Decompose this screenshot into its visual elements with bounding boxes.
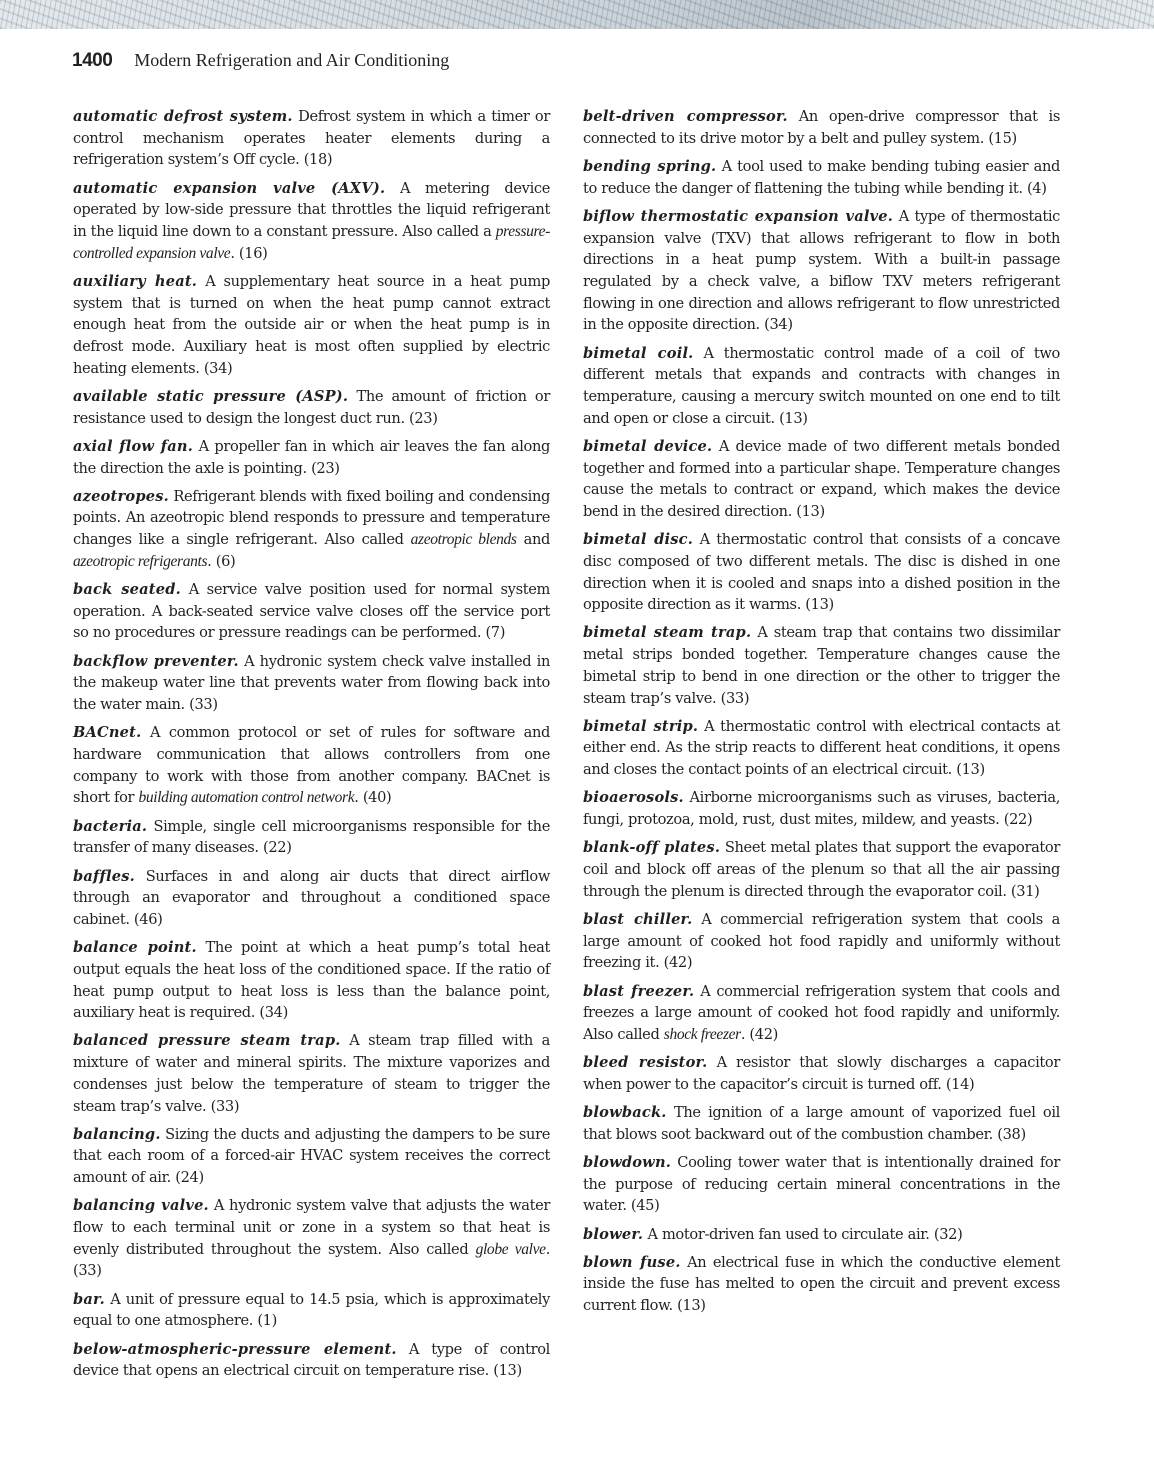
glossary-term: bimetal disc. xyxy=(583,531,693,548)
glossary-term: blowdown. xyxy=(583,1154,671,1171)
glossary-entry: blowback. The ignition of a large amount… xyxy=(583,1102,1060,1145)
glossary-alt-term: shock freezer xyxy=(664,1026,741,1043)
glossary-term: balancing valve. xyxy=(73,1197,209,1214)
glossary-term: balance point. xyxy=(73,939,197,956)
glossary-term: automatic defrost system. xyxy=(73,108,293,125)
glossary-term: automatic expansion valve (AXV). xyxy=(73,180,385,197)
glossary-entry: available static pressure (ASP). The amo… xyxy=(73,386,550,429)
glossary-term: bimetal coil. xyxy=(583,345,693,362)
glossary-chapter-ref: (13) xyxy=(493,1362,522,1379)
glossary-entry: axial flow fan. A propeller fan in which… xyxy=(73,436,550,479)
decorative-header-banner xyxy=(0,0,1154,29)
glossary-chapter-ref: (15) xyxy=(988,130,1017,147)
glossary-term: bleed resistor. xyxy=(583,1054,707,1071)
glossary-entry: balancing valve. A hydronic system valve… xyxy=(73,1195,550,1282)
glossary-term: axial flow fan. xyxy=(73,438,193,455)
glossary-term: auxiliary heat. xyxy=(73,273,197,290)
glossary-alt-term: azeotropic blends xyxy=(411,531,517,548)
glossary-entry: biflow thermostatic expansion valve. A t… xyxy=(583,206,1060,336)
glossary-chapter-ref: (34) xyxy=(204,360,233,377)
glossary-definition: A type of thermostatic expansion valve (… xyxy=(583,208,1060,334)
glossary-chapter-ref: . (40) xyxy=(354,789,391,806)
glossary-chapter-ref: . (6) xyxy=(207,553,235,570)
glossary-alt-term: azeotropic refrigerants xyxy=(73,553,207,570)
glossary-term: balancing. xyxy=(73,1126,161,1143)
glossary-entry: bar. A unit of pressure equal to 14.5 ps… xyxy=(73,1289,550,1332)
glossary-entry: blown fuse. An electrical fuse in which … xyxy=(583,1252,1060,1317)
glossary-term: blank-off plates. xyxy=(583,839,720,856)
glossary-term: bimetal steam trap. xyxy=(583,624,751,641)
glossary-entry: bimetal coil. A thermostatic control mad… xyxy=(583,343,1060,430)
glossary-chapter-ref: (4) xyxy=(1027,180,1047,197)
page-number: 1400 xyxy=(72,50,112,72)
glossary-chapter-ref: (13) xyxy=(779,410,808,427)
glossary-chapter-ref: (13) xyxy=(677,1297,706,1314)
glossary-chapter-ref: (14) xyxy=(946,1076,975,1093)
glossary-alt-connector: and xyxy=(517,531,550,548)
glossary-chapter-ref: (32) xyxy=(934,1226,963,1243)
glossary-definition: A unit of pressure equal to 14.5 psia, w… xyxy=(73,1291,550,1330)
glossary-entry: bimetal device. A device made of two dif… xyxy=(583,436,1060,523)
glossary-chapter-ref: (33) xyxy=(189,696,218,713)
glossary-entry: backflow preventer. A hydronic system ch… xyxy=(73,651,550,716)
book-title: Modern Refrigeration and Air Conditionin… xyxy=(134,50,449,71)
glossary-entry: bimetal steam trap. A steam trap that co… xyxy=(583,622,1060,709)
glossary-entry: back seated. A service valve position us… xyxy=(73,579,550,644)
glossary-entry: azeotropes. Refrigerant blends with fixe… xyxy=(73,486,550,573)
glossary-term: azeotropes. xyxy=(73,488,169,505)
glossary-entry: belt-driven compressor. An open-drive co… xyxy=(583,106,1060,149)
glossary-chapter-ref: (13) xyxy=(805,596,834,613)
glossary-chapter-ref: (7) xyxy=(485,624,505,641)
glossary-chapter-ref: (38) xyxy=(997,1126,1026,1143)
glossary-chapter-ref: (23) xyxy=(409,410,438,427)
glossary-chapter-ref: (34) xyxy=(764,316,793,333)
glossary-entry: bioaerosols. Airborne microorganisms suc… xyxy=(583,787,1060,830)
glossary-entry: automatic defrost system. Defrost system… xyxy=(73,106,550,171)
glossary-chapter-ref: (31) xyxy=(1011,883,1040,900)
glossary-entry: blast freezer. A commercial refrigeratio… xyxy=(583,981,1060,1046)
glossary-term: bending spring. xyxy=(583,158,716,175)
glossary-chapter-ref: (23) xyxy=(311,460,340,477)
glossary-term: below-atmospheric-pressure element. xyxy=(73,1341,397,1358)
glossary-term: available static pressure (ASP). xyxy=(73,388,348,405)
glossary-entry: blank-off plates. Sheet metal plates tha… xyxy=(583,837,1060,902)
glossary-entry: automatic expansion valve (AXV). A meter… xyxy=(73,178,550,265)
glossary-chapter-ref: (22) xyxy=(1004,811,1033,828)
glossary-term: BACnet. xyxy=(73,724,141,741)
glossary-chapter-ref: . (16) xyxy=(230,245,267,262)
glossary-term: bimetal strip. xyxy=(583,718,698,735)
glossary-term: blown fuse. xyxy=(583,1254,681,1271)
glossary-chapter-ref: (24) xyxy=(175,1169,204,1186)
glossary-entry: BACnet. A common protocol or set of rule… xyxy=(73,722,550,809)
glossary-chapter-ref: (13) xyxy=(796,503,825,520)
glossary-term: blower. xyxy=(583,1226,643,1243)
glossary-entry: blower. A motor-driven fan used to circu… xyxy=(583,1224,1060,1246)
glossary-term: biflow thermostatic expansion valve. xyxy=(583,208,893,225)
glossary-entry: baffles. Surfaces in and along air ducts… xyxy=(73,866,550,931)
glossary-term: blowback. xyxy=(583,1104,667,1121)
glossary-definition: A motor-driven fan used to circulate air… xyxy=(647,1226,929,1243)
glossary-chapter-ref: (34) xyxy=(259,1004,288,1021)
glossary-term: blast chiller. xyxy=(583,911,692,928)
glossary-term: back seated. xyxy=(73,581,181,598)
glossary-right-column: belt-driven compressor. An open-drive co… xyxy=(583,106,1060,1323)
glossary-chapter-ref: (18) xyxy=(304,151,333,168)
glossary-entry: blowdown. Cooling tower water that is in… xyxy=(583,1152,1060,1217)
glossary-term: belt-driven compressor. xyxy=(583,108,788,125)
glossary-entry: balance point. The point at which a heat… xyxy=(73,937,550,1024)
glossary-entry: below-atmospheric-pressure element. A ty… xyxy=(73,1339,550,1382)
glossary-entry: blast chiller. A commercial refrigeratio… xyxy=(583,909,1060,974)
glossary-chapter-ref: (33) xyxy=(721,690,750,707)
glossary-term: balanced pressure steam trap. xyxy=(73,1032,341,1049)
glossary-term: bar. xyxy=(73,1291,105,1308)
glossary-chapter-ref: (33) xyxy=(211,1098,240,1115)
glossary-term: bacteria. xyxy=(73,818,147,835)
glossary-term: baffles. xyxy=(73,868,135,885)
glossary-entry: balancing. Sizing the ducts and adjustin… xyxy=(73,1124,550,1189)
glossary-chapter-ref: (1) xyxy=(257,1312,277,1329)
glossary-term: bioaerosols. xyxy=(583,789,684,806)
glossary-term: blast freezer. xyxy=(583,983,694,1000)
running-header: 1400 Modern Refrigeration and Air Condit… xyxy=(72,50,449,76)
glossary-chapter-ref: (42) xyxy=(664,954,693,971)
glossary-entry: bending spring. A tool used to make bend… xyxy=(583,156,1060,199)
glossary-entry: bimetal disc. A thermostatic control tha… xyxy=(583,529,1060,616)
glossary-chapter-ref: (46) xyxy=(134,911,163,928)
glossary-term: backflow preventer. xyxy=(73,653,239,670)
glossary-chapter-ref: (45) xyxy=(631,1197,660,1214)
glossary-chapter-ref: (13) xyxy=(956,761,985,778)
glossary-alt-term: globe valve xyxy=(476,1241,546,1258)
glossary-chapter-ref: (22) xyxy=(263,839,292,856)
glossary-term: bimetal device. xyxy=(583,438,712,455)
glossary-entry: bacteria. Simple, single cell microorgan… xyxy=(73,816,550,859)
glossary-left-column: automatic defrost system. Defrost system… xyxy=(73,106,550,1388)
glossary-entry: balanced pressure steam trap. A steam tr… xyxy=(73,1030,550,1117)
glossary-chapter-ref: . (42) xyxy=(741,1026,778,1043)
glossary-entry: bleed resistor. A resistor that slowly d… xyxy=(583,1052,1060,1095)
glossary-entry: bimetal strip. A thermostatic control wi… xyxy=(583,716,1060,781)
glossary-alt-term: building automation control network xyxy=(138,789,354,806)
glossary-entry: auxiliary heat. A supplementary heat sou… xyxy=(73,271,550,380)
